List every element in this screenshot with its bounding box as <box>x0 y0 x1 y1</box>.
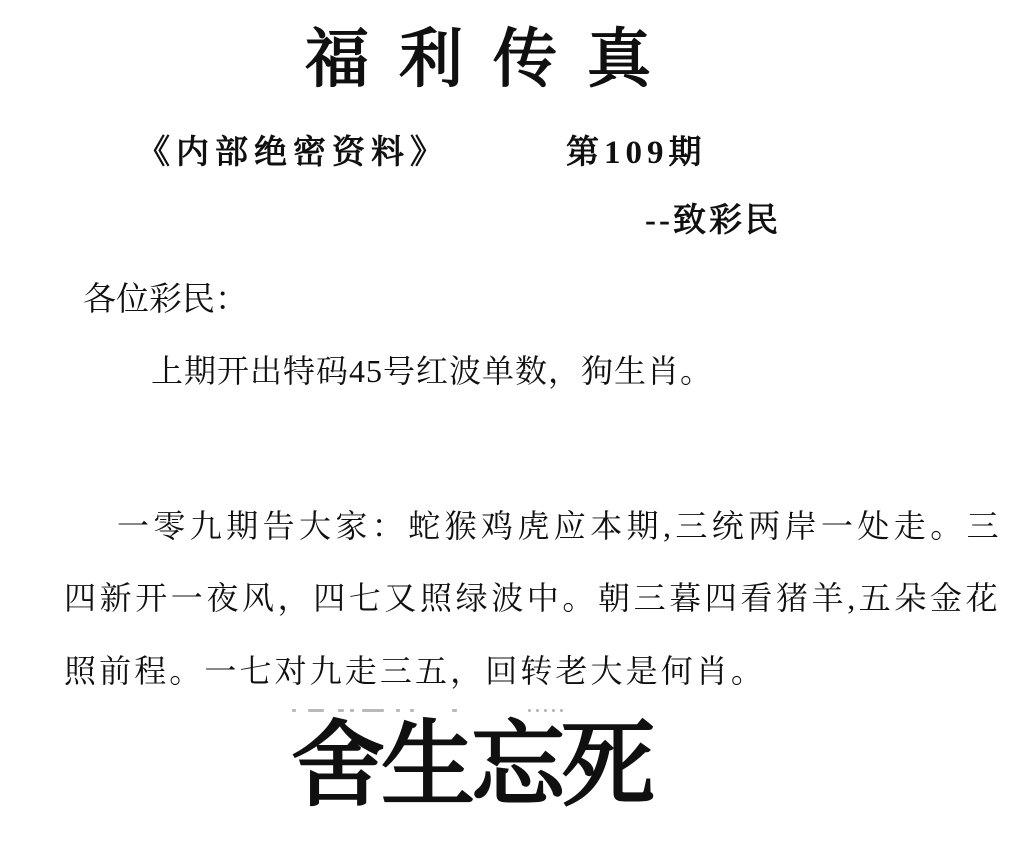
scan-artifact-dash <box>350 709 354 712</box>
scan-artifact-dash <box>528 709 531 712</box>
previous-draw-result-line: 上期开出特码45号红波单数，狗生肖。 <box>151 355 713 387</box>
tip-paragraph-line-3: 照前程。一七对九走三五，回转老大是何肖。 <box>64 655 766 687</box>
scan-artifact-dash <box>560 709 563 712</box>
scan-artifact-dash <box>544 709 547 712</box>
classification-label: 《内部绝密资料》 <box>137 137 449 170</box>
scan-artifact-dash <box>536 709 539 712</box>
scan-artifact-dash <box>410 709 414 712</box>
tip-paragraph-line-2: 四新开一夜风，四七又照绿波中。朝三暮四看猪羊,五朵金花 <box>64 582 1001 614</box>
tip-paragraph-line-1: 一零九期告大家：蛇猴鸡虎应本期,三统两岸一处走。三 <box>117 510 1003 542</box>
scan-artifact-dash <box>552 709 555 712</box>
slogan-text: 舍生忘死 <box>291 719 651 813</box>
scan-artifact-dash <box>308 709 324 712</box>
scan-artifact-dash <box>362 709 384 712</box>
greeting-line: 各位彩民： <box>83 284 248 317</box>
scan-artifact-dash <box>396 709 400 712</box>
scan-artifact-dash <box>452 709 457 712</box>
scan-artifact-dash <box>338 709 344 712</box>
issue-number: 第109期 <box>566 137 707 170</box>
page-title: 福利传真 <box>305 27 681 91</box>
scan-artifact-dash <box>292 709 296 712</box>
dedication-line: --致彩民 <box>645 205 781 238</box>
scan-artifact-marks <box>292 707 642 713</box>
fax-document-page: 福利传真 《内部绝密资料》 第109期 --致彩民 各位彩民： 上期开出特码45… <box>0 0 1024 853</box>
